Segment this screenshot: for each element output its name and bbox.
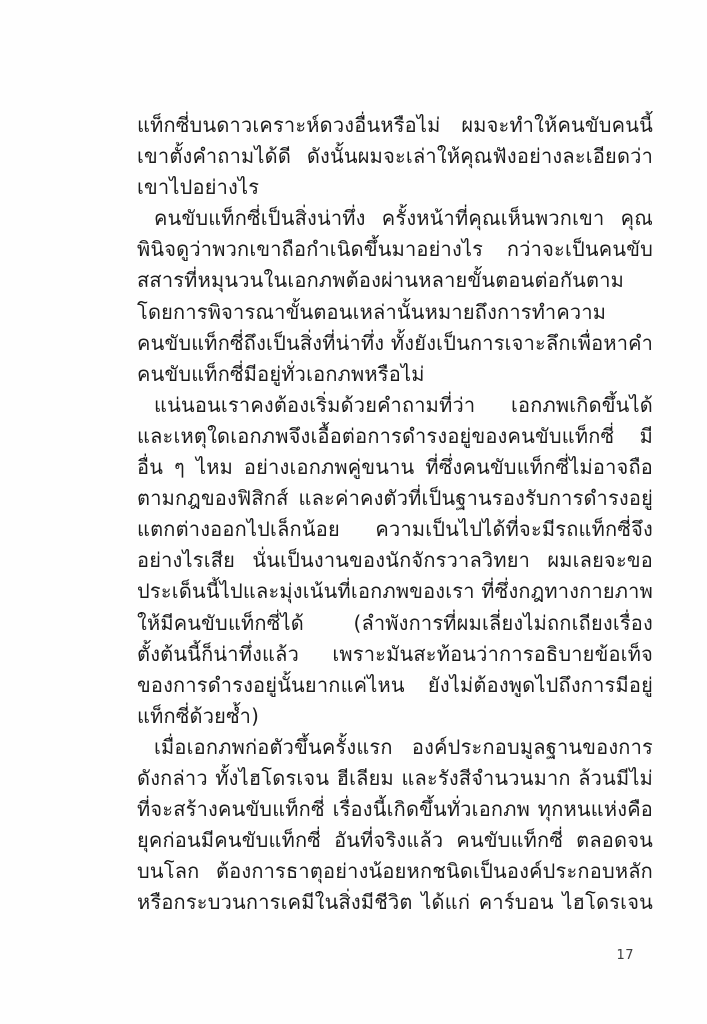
text-line: สสารที่หมุนวนในเอกภพต้องผ่านหลายขั้นตอนต… <box>137 265 653 296</box>
text-line: บนโลก ต้องการธาตุอย่างน้อยหกชนิดเป็นองค์… <box>137 856 653 887</box>
text-line: หรือกระบวนการเคมีในสิ่งมีชีวิต ได้แก่ คา… <box>137 887 653 918</box>
text-line: ประเด็นนี้ไปและมุ่งเน้นที่เอกภพของเรา ที… <box>137 576 653 607</box>
text-line: ตามกฎของฟิสิกส์ และค่าคงตัวที่เป็นฐานรอง… <box>137 483 653 514</box>
text-line: แท็กซี่ด้วยซ้ำ) <box>137 701 653 732</box>
text-line: แท็กซี่บนดาวเคราะห์ดวงอื่นหรือไม่ ผมจะทำ… <box>137 110 653 141</box>
text-line: อื่น ๆ ไหม อย่างเอกภพคู่ขนาน ที่ซึ่งคนขั… <box>137 452 653 483</box>
text-line: แตกต่างออกไปเล็กน้อย ความเป็นไปได้ที่จะม… <box>137 514 653 545</box>
text-line: คนขับแท็กซี่เป็นสิ่งน่าทึ่ง ครั้งหน้าที่… <box>137 203 653 234</box>
text-line: และเหตุใดเอกภพจึงเอื้อต่อการดำรงอยู่ของค… <box>137 421 653 452</box>
text-line: ดังกล่าว ทั้งไฮโดรเจน ฮีเลียม และรังสีจำ… <box>137 763 653 794</box>
text-line: เขาตั้งคำถามได้ดี ดังนั้นผมจะเล่าให้คุณฟ… <box>137 141 653 172</box>
text-line: เขาไปอย่างไร <box>137 172 653 203</box>
text-line: อย่างไรเสีย นั่นเป็นงานของนักจักรวาลวิทย… <box>137 545 653 576</box>
text-line: ตั้งต้นนี้ก็น่าทึ่งแล้ว เพราะมันสะท้อนว่… <box>137 639 653 670</box>
text-line: ที่จะสร้างคนขับแท็กซี่ เรื่องนี้เกิดขึ้น… <box>137 794 653 825</box>
text-line: โดยการพิจารณาขั้นตอนเหล่านั้นหมายถึงการท… <box>137 297 653 328</box>
page-number: 17 <box>600 948 634 963</box>
text-line: ของการดำรงอยู่นั้นยากแค่ไหน ยังไม่ต้องพู… <box>137 670 653 701</box>
text-line: แน่นอนเราคงต้องเริ่มด้วยคำถามที่ว่า เอกภ… <box>137 390 653 421</box>
text-line: ให้มีคนขับแท็กซี่ได้ (ลำพังการที่ผมเลี่ย… <box>137 608 653 639</box>
body-text: แท็กซี่บนดาวเคราะห์ดวงอื่นหรือไม่ ผมจะทำ… <box>137 110 653 918</box>
text-line: ยุคก่อนมีคนขับแท็กซี่ อันที่จริงแล้ว คนข… <box>137 825 653 856</box>
text-line: คนขับแท็กซี่มีอยู่ทั่วเอกภพหรือไม่ <box>137 359 653 390</box>
text-line: พินิจดูว่าพวกเขาถือกำเนิดขึ้นมาอย่างไร ก… <box>137 234 653 265</box>
book-page: แท็กซี่บนดาวเคราะห์ดวงอื่นหรือไม่ ผมจะทำ… <box>0 0 707 1024</box>
text-line: เมื่อเอกภพก่อตัวขึ้นครั้งแรก องค์ประกอบม… <box>137 732 653 763</box>
text-line: คนขับแท็กซี่ถึงเป็นสิ่งที่น่าทึ่ง ทั้งยั… <box>137 328 653 359</box>
